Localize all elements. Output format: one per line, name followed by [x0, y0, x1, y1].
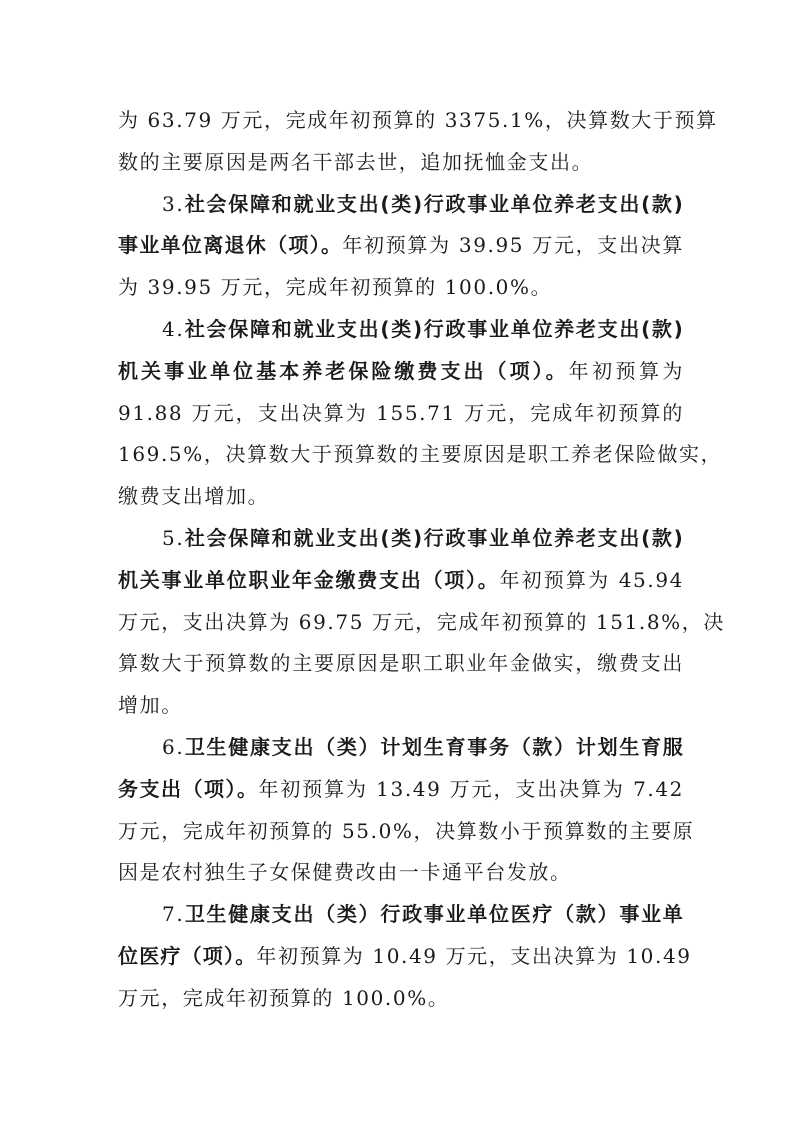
text-line: 数的主要原因是两名干部去世，追加抚恤金支出。	[118, 142, 684, 184]
item-heading: 位医疗（项）。	[118, 944, 256, 968]
text-line: 5.社会保障和就业支出(类)行政事业单位养老支出(款)	[118, 518, 684, 560]
item-number: 4.	[162, 317, 184, 341]
item-number: 7.	[162, 902, 184, 926]
text-line: 算数大于预算数的主要原因是职工职业年金做实，缴费支出	[118, 643, 684, 685]
item-number: 6.	[162, 735, 184, 759]
text-line: 为 63.79 万元，完成年初预算的 3375.1%，决算数大于预算	[118, 100, 684, 142]
text-line: 缴费支出增加。	[118, 476, 684, 518]
text-line: 6.卫生健康支出（类）计划生育事务（款）计划生育服	[118, 727, 684, 769]
item-number: 5.	[162, 526, 184, 550]
item-3-paragraph: 3.社会保障和就业支出(类)行政事业单位养老支出(款) 事业单位离退休（项）。年…	[118, 184, 684, 309]
item-heading: 卫生健康支出（类）行政事业单位医疗（款）事业单	[184, 902, 684, 926]
item-7-paragraph: 7.卫生健康支出（类）行政事业单位医疗（款）事业单 位医疗（项）。年初预算为 1…	[118, 894, 684, 1019]
item-number: 3.	[162, 192, 184, 216]
text-line: 为 39.95 万元，完成年初预算的 100.0%。	[118, 267, 684, 309]
item-4-paragraph: 4.社会保障和就业支出(类)行政事业单位养老支出(款) 机关事业单位基本养老保险…	[118, 309, 684, 518]
item-body: 年初预算为	[569, 359, 684, 383]
text-line: 位医疗（项）。年初预算为 10.49 万元，支出决算为 10.49	[118, 936, 684, 978]
document-page: 为 63.79 万元，完成年初预算的 3375.1%，决算数大于预算 数的主要原…	[118, 100, 684, 1020]
item-heading: 机关事业单位基本养老保险缴费支出（项）。	[118, 359, 569, 383]
item-6-paragraph: 6.卫生健康支出（类）计划生育事务（款）计划生育服 务支出（项）。年初预算为 1…	[118, 727, 684, 894]
item-heading: 卫生健康支出（类）计划生育事务（款）计划生育服	[184, 735, 684, 759]
item-heading: 社会保障和就业支出(类)行政事业单位养老支出(款)	[184, 192, 684, 216]
text-line: 7.卫生健康支出（类）行政事业单位医疗（款）事业单	[118, 894, 684, 936]
continuation-paragraph: 为 63.79 万元，完成年初预算的 3375.1%，决算数大于预算 数的主要原…	[118, 100, 684, 184]
text-line: 增加。	[118, 685, 684, 727]
text-line: 3.社会保障和就业支出(类)行政事业单位养老支出(款)	[118, 184, 684, 226]
text-line: 因是农村独生子女保健费改由一卡通平台发放。	[118, 852, 684, 894]
item-heading: 机关事业单位职业年金缴费支出（项）。	[118, 568, 499, 592]
text-line: 169.5%，决算数大于预算数的主要原因是职工养老保险做实，	[118, 434, 684, 476]
text-line: 事业单位离退休（项）。年初预算为 39.95 万元，支出决算	[118, 225, 684, 267]
text-line: 万元，完成年初预算的 55.0%，决算数小于预算数的主要原	[118, 811, 684, 853]
item-heading: 事业单位离退休（项）。	[118, 233, 342, 257]
item-body: 年初预算为 45.94	[499, 568, 684, 592]
item-body: 年初预算为 39.95 万元，支出决算	[342, 233, 684, 257]
item-heading: 务支出（项）。	[118, 777, 258, 801]
item-5-paragraph: 5.社会保障和就业支出(类)行政事业单位养老支出(款) 机关事业单位职业年金缴费…	[118, 518, 684, 727]
item-body: 年初预算为 10.49 万元，支出决算为 10.49	[256, 944, 691, 968]
text-line: 万元，支出决算为 69.75 万元，完成年初预算的 151.8%，决	[118, 602, 684, 644]
text-line: 务支出（项）。年初预算为 13.49 万元，支出决算为 7.42	[118, 769, 684, 811]
text-line: 91.88 万元，支出决算为 155.71 万元，完成年初预算的	[118, 393, 684, 435]
item-body: 年初预算为 13.49 万元，支出决算为 7.42	[258, 777, 684, 801]
item-heading: 社会保障和就业支出(类)行政事业单位养老支出(款)	[184, 526, 684, 550]
item-heading: 社会保障和就业支出(类)行政事业单位养老支出(款)	[184, 317, 684, 341]
text-line: 万元，完成年初预算的 100.0%。	[118, 978, 684, 1020]
text-line: 机关事业单位职业年金缴费支出（项）。年初预算为 45.94	[118, 560, 684, 602]
text-line: 4.社会保障和就业支出(类)行政事业单位养老支出(款)	[118, 309, 684, 351]
text-line: 机关事业单位基本养老保险缴费支出（项）。年初预算为	[118, 351, 684, 393]
